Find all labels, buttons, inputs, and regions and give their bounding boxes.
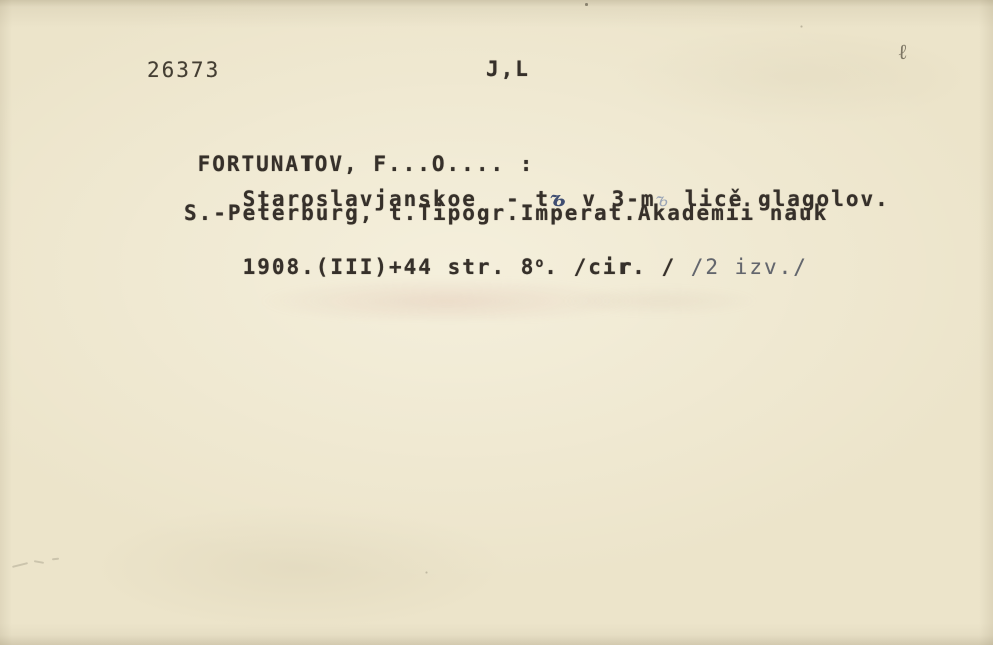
- catalog-number: 26373: [147, 59, 220, 82]
- collation-text-cont: . /ci: [544, 255, 617, 279]
- paper-specks: [585, 3, 588, 6]
- pencil-corner-mark: ℓ: [896, 40, 908, 66]
- collation-overstruck-letter: r: [618, 255, 633, 279]
- imprint-line: S.-Peterburg, t.Tipogr.Imperat.Akadēmii …: [184, 202, 828, 225]
- catalog-card: 26373 J,L ℓ FORTUNATOV, F...O.... : Star…: [0, 0, 993, 645]
- pencil-scuff-marks: [12, 556, 82, 570]
- classification-mark: J,L: [486, 58, 530, 81]
- degree-superscript: o: [535, 256, 544, 271]
- copies-note: /2 izv./: [691, 255, 808, 279]
- ink-bleed-smudge-secondary: [560, 286, 760, 316]
- collation-text: 1908.(III)+44 str. 8: [243, 255, 536, 279]
- collation-text-end: . /: [632, 255, 691, 279]
